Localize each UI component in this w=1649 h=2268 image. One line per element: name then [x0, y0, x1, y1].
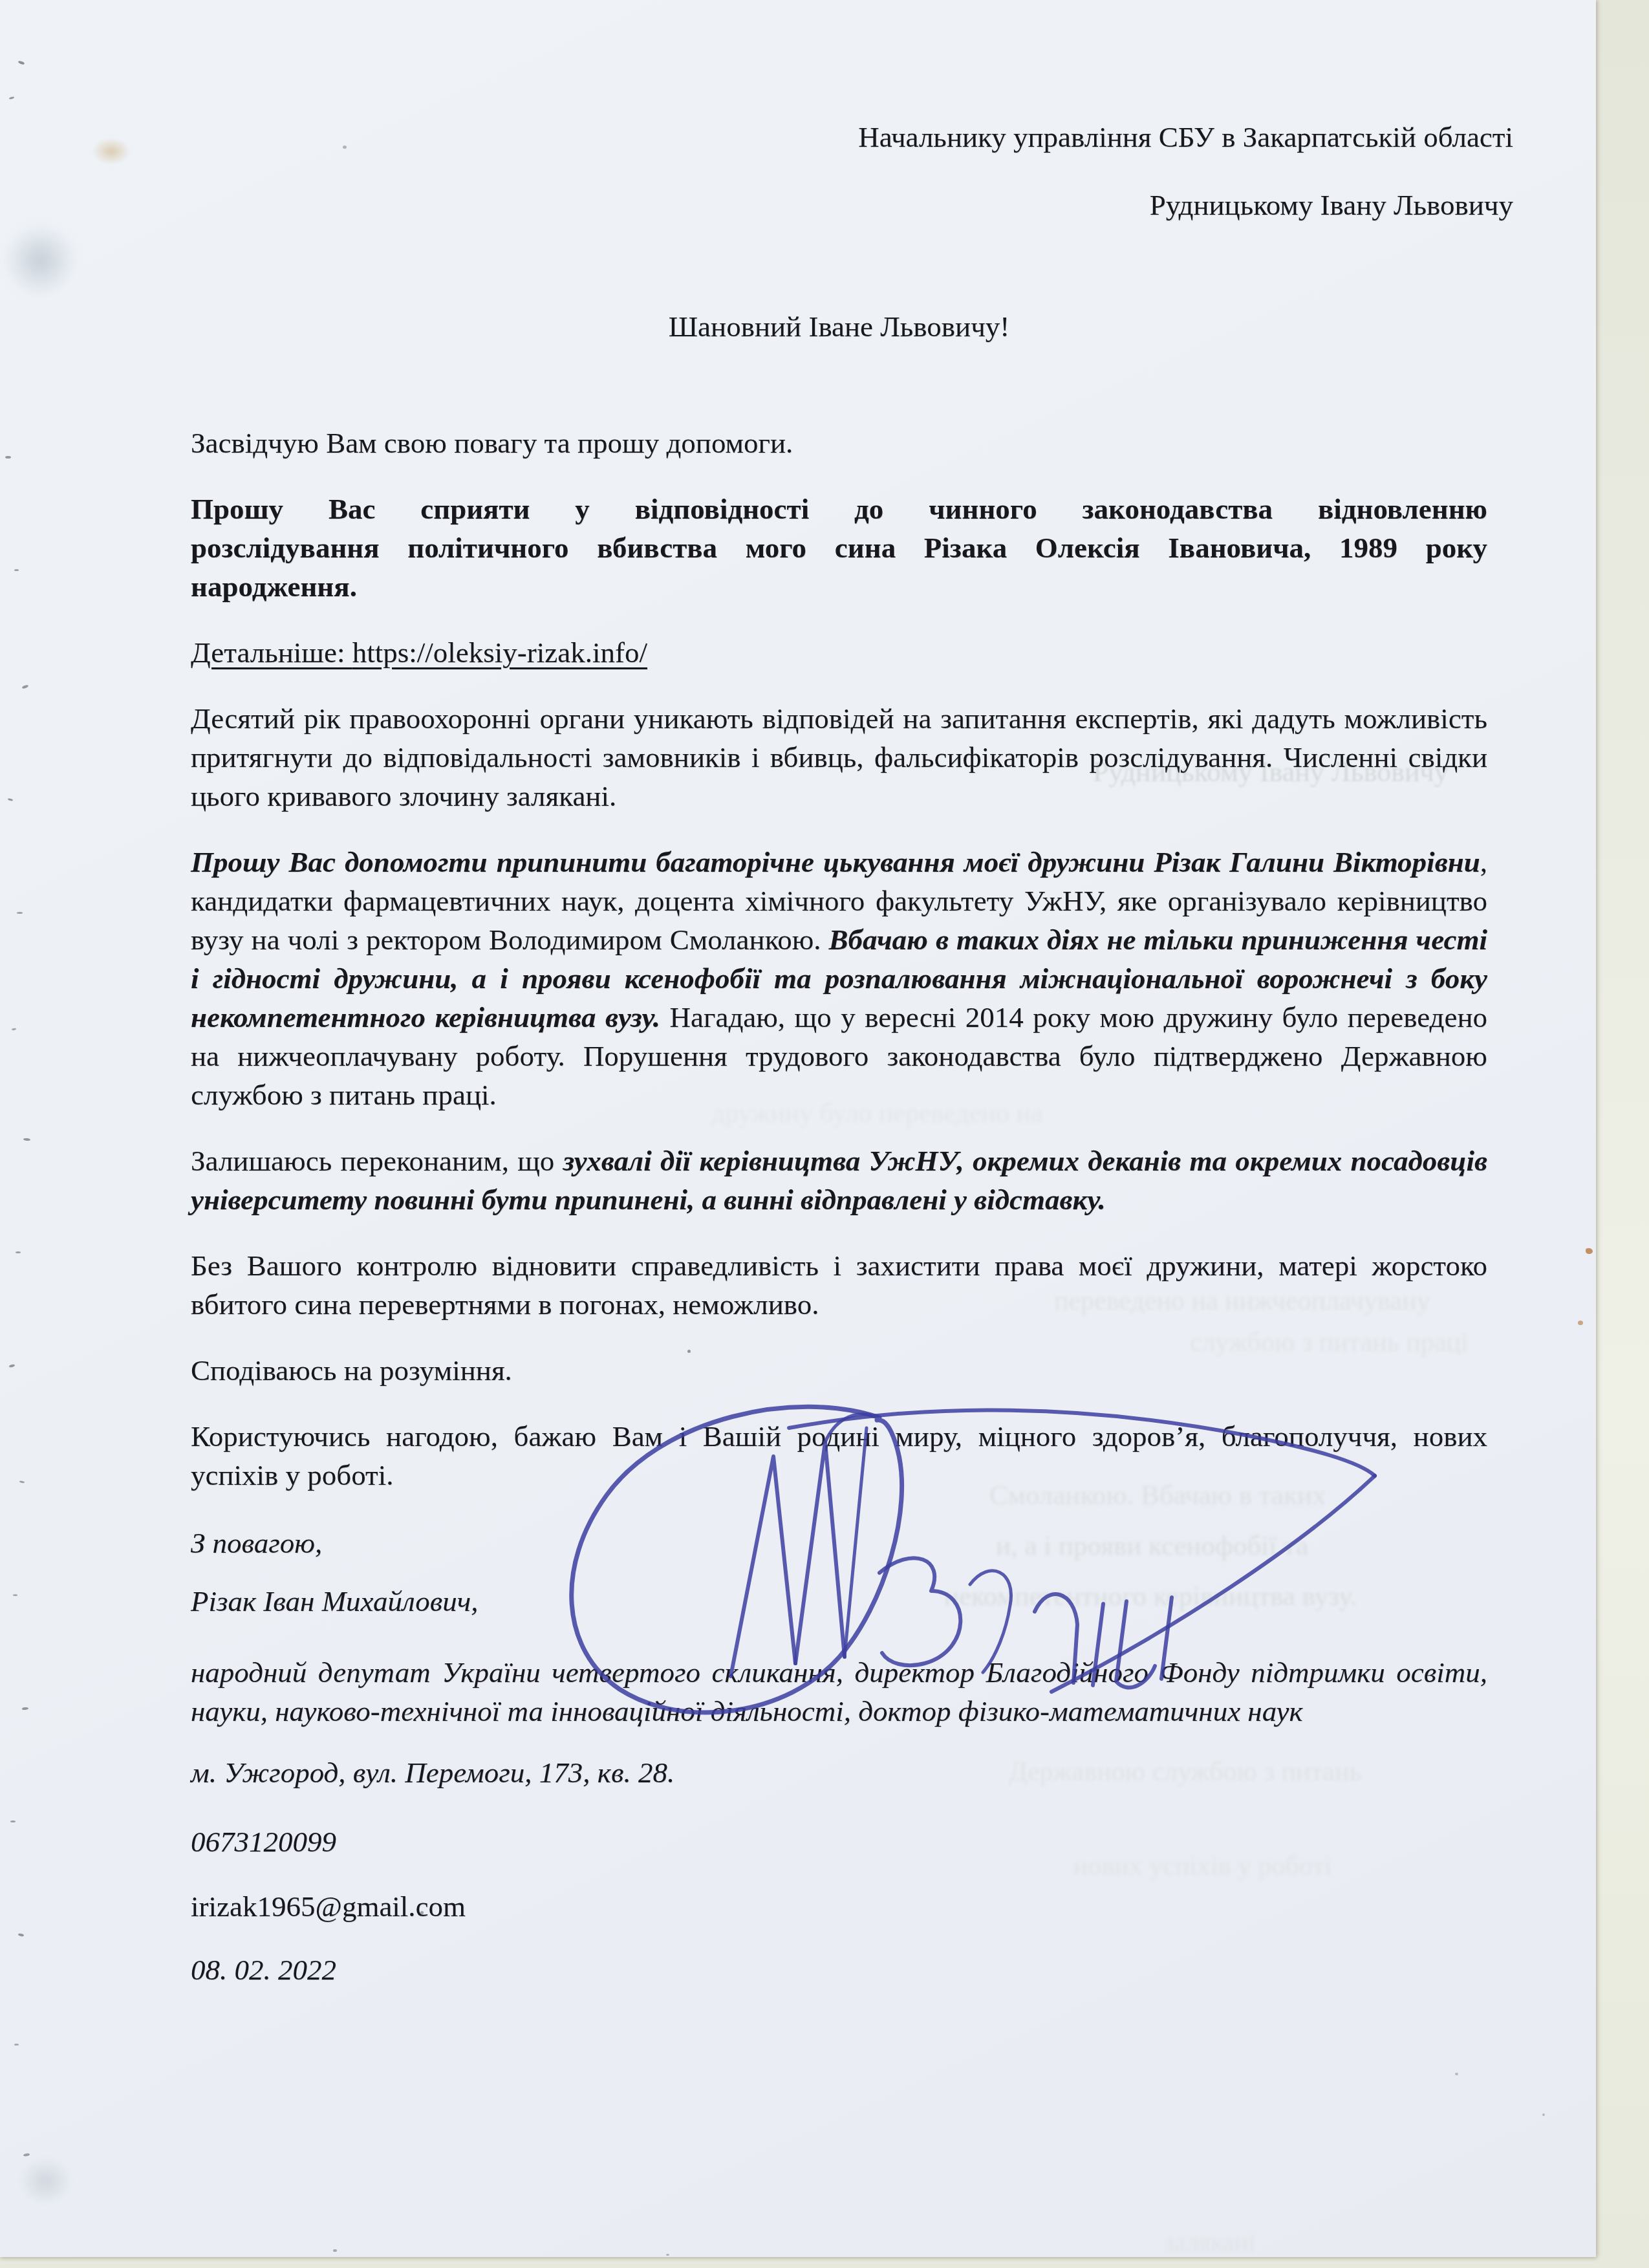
scan-speck: [12, 1028, 16, 1030]
scan-speck: [420, 1911, 424, 1914]
addressee-line1: Начальнику управління СБУ в Закарпатські…: [191, 118, 1513, 157]
scan-speck: [666, 2254, 669, 2256]
text-run: Сподіваюсь на розуміння.: [191, 1354, 512, 1387]
handwritten-signature: [517, 1377, 1384, 1727]
scan-speck: [14, 569, 19, 571]
scan-speck: [18, 60, 25, 65]
text-run: Залишаюсь переконаним, що: [191, 1145, 563, 1177]
scan-speck: [23, 1138, 30, 1141]
paragraph: Детальніше: https://oleksiy-rizak.info/: [191, 633, 1487, 672]
scan-speck: [333, 2249, 337, 2252]
paragraph: Залишаюсь переконаним, що зухвалі дії ке…: [191, 1141, 1487, 1219]
paper-speck-orange: [1586, 1248, 1593, 1254]
scan-speck: [22, 684, 29, 689]
scan-speck: [18, 1933, 25, 1937]
salutation: Шановний Іване Львовичу!: [191, 307, 1487, 346]
paragraph: Прошу Вас сприяти у відповідності до чин…: [191, 490, 1487, 606]
paper-speck-orange: [1578, 1321, 1583, 1325]
scan-speck: [5, 456, 11, 459]
bleedthrough-text: переведено на нижчеоплачувану: [1054, 1286, 1430, 1317]
paragraph: Засвідчую Вам свою повагу та прошу допом…: [191, 424, 1487, 462]
scanner-bed: { "colors":{ "paper":"#edf1f6", "scanner…: [0, 0, 1649, 2268]
scan-speck: [8, 798, 14, 801]
scan-speck: [1455, 2073, 1458, 2075]
scan-speck: [687, 1350, 691, 1353]
scan-speck: [1542, 2113, 1545, 2116]
scan-speck: [16, 1251, 21, 1253]
scan-speck: [9, 1364, 16, 1368]
text-run: Прошу Вас допомогти припинити багаторічн…: [191, 846, 1480, 878]
scan-speck: [343, 146, 347, 149]
paper-smudge: [18, 2157, 73, 2205]
addressee-line2: Рудницькому Івану Львовичу: [191, 186, 1513, 224]
bleedthrough-text: нових успіхів у роботі: [1073, 1851, 1331, 1882]
scan-speck: [10, 1820, 16, 1822]
scan-speck: [19, 1480, 25, 1483]
bleedthrough-text: дружину було переведено на: [711, 1098, 1043, 1129]
paper-stain: [92, 138, 131, 165]
scan-speck: [13, 1594, 17, 1596]
addressee-block: Начальнику управління СБУ в Закарпатські…: [191, 118, 1513, 224]
bleedthrough-text: Рудницькому Івану Львовичу: [1093, 755, 1449, 788]
scan-speck: [9, 96, 15, 100]
bleedthrough-text: залякані: [1164, 2227, 1255, 2258]
scan-speck: [14, 2044, 19, 2046]
paragraph: Прошу Вас допомогти припинити багаторічн…: [191, 843, 1487, 1114]
text-run: Прошу Вас сприяти у відповідності до чин…: [191, 493, 1487, 603]
text-run: Засвідчую Вам свою повагу та прошу допом…: [191, 427, 793, 459]
bleedthrough-text: службою з питань праці: [1190, 1327, 1469, 1358]
text-run: Детальніше:: [191, 636, 352, 669]
paper-smudge: [3, 223, 78, 297]
text-run: https://oleksiy-rizak.info/: [352, 636, 647, 669]
sender-email: irizak1965@gmail.com: [191, 1887, 1487, 1926]
bleedthrough-text: Державною службою з питань: [1009, 1756, 1362, 1787]
scan-speck: [17, 912, 23, 914]
scan-speck: [23, 2153, 30, 2157]
scan-speck: [22, 1707, 28, 1711]
letter-date: 08. 02. 2022: [191, 1950, 1487, 1989]
letter-page: Рудницькому Івану Львовичудружину було п…: [0, 0, 1596, 2257]
